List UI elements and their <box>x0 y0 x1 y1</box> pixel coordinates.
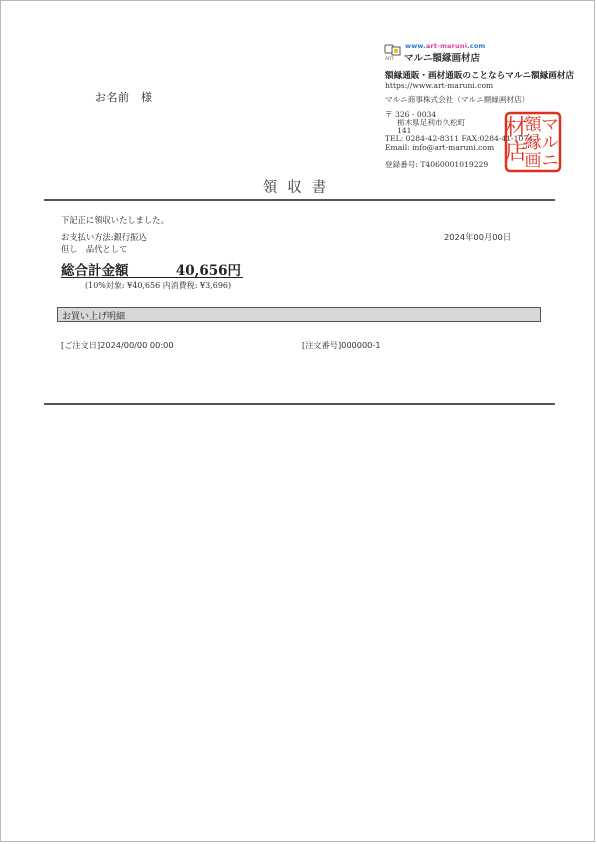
svg-text:店: 店 <box>505 140 527 165</box>
total-label: 総合計金額 <box>61 259 129 279</box>
payment-method: お支払い方法:銀行振込 <box>61 231 147 243</box>
logo-url: www.art-maruni.com <box>405 42 486 50</box>
logo-store-name: マルニ額縁画材店 <box>404 50 480 64</box>
svg-text:マ: マ <box>542 115 559 135</box>
registration-number: 登録番号: T4060001019229 <box>385 159 488 170</box>
tax-breakdown: (10%対象: ¥40,656 内消費税: ¥3,696) <box>85 280 231 291</box>
company-seal-stamp: マルニ額縁画材店 <box>504 111 562 173</box>
store-website[interactable]: https://www.art-maruni.com <box>385 81 493 90</box>
receipt-page: お名前 様 ART www.art-maruni.com マルニ額縁画材店 額縁… <box>0 0 595 842</box>
bottom-divider <box>44 403 555 405</box>
title-divider <box>44 199 555 201</box>
issue-date: 2024年00月00日 <box>444 231 511 243</box>
order-number: [注文番号]000000-1 <box>302 340 381 351</box>
received-statement: 下記正に領収いたしました。 <box>61 214 169 226</box>
order-date: [ご注文日]2024/00/00 00:00 <box>61 340 174 351</box>
svg-text:ニ: ニ <box>542 151 559 171</box>
store-logo: ART www.art-maruni.com マルニ額縁画材店 <box>384 42 484 64</box>
svg-text:材: 材 <box>505 116 527 141</box>
svg-text:ル: ル <box>542 133 559 153</box>
recipient-name: お名前 様 <box>95 89 153 105</box>
total-value: 40,656円 <box>176 259 241 279</box>
svg-text:縁: 縁 <box>525 133 542 153</box>
document-title: 領収書 <box>1 176 597 197</box>
purchase-details-header: お買い上げ明細 <box>57 307 541 322</box>
total-amount-row: 総合計金額 40,656円 <box>61 259 243 278</box>
proviso: 但し 品代として <box>61 243 127 255</box>
store-tagline: 額縁通販・画材通販のことならマルニ額縁画材店 <box>385 69 574 81</box>
svg-text:額: 額 <box>525 115 543 135</box>
email-address: Email: info@art-maruni.com <box>385 143 494 152</box>
svg-text:画: 画 <box>525 151 542 171</box>
purchase-details-label: お買い上げ明細 <box>62 309 125 322</box>
logo-icon: ART <box>384 44 401 61</box>
svg-text:ART: ART <box>385 56 394 61</box>
company-name: マルニ商事株式会社（マルニ額縁画材店） <box>385 94 529 105</box>
